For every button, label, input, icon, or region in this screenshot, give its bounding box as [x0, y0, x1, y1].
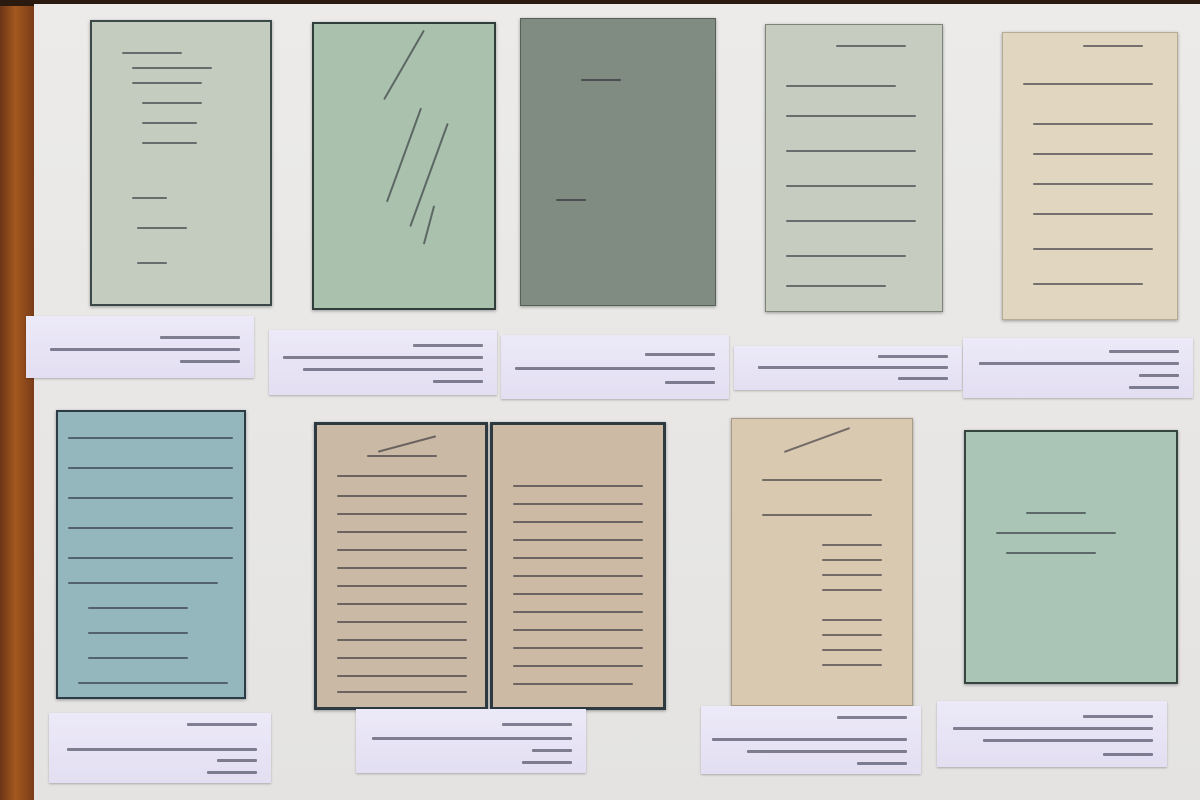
caption-label-9: [937, 701, 1167, 767]
caption-label-8: [701, 706, 921, 774]
document-1: [90, 20, 272, 306]
document-8-right-page: [490, 422, 666, 710]
caption-label-3: [501, 335, 729, 399]
caption-label-4: [734, 346, 962, 390]
document-4: [765, 24, 943, 312]
document-5: [1002, 32, 1178, 320]
document-9: [731, 418, 913, 706]
document-2: [312, 22, 496, 310]
document-6: [56, 410, 246, 699]
caption-label-6: [49, 713, 271, 783]
document-7-left-page: [314, 422, 488, 710]
caption-label-1: [26, 316, 254, 378]
caption-label-7: [356, 709, 586, 773]
document-3: [520, 18, 716, 306]
document-10: [964, 430, 1178, 684]
caption-label-2: [269, 330, 497, 395]
caption-label-5: [963, 338, 1193, 398]
wooden-frame: [0, 0, 34, 800]
